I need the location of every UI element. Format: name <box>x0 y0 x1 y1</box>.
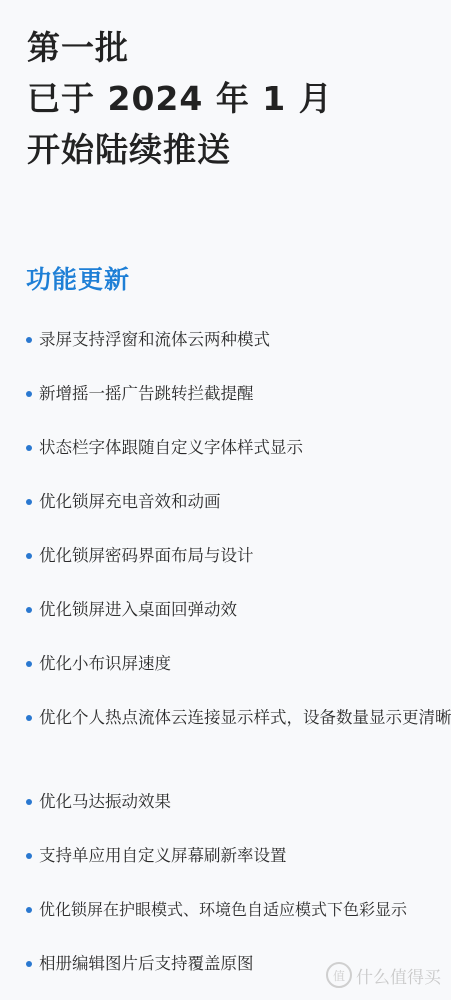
headline-line-3: 开始陆续推送 <box>27 124 333 175</box>
bullet-icon <box>26 799 32 805</box>
section-title: 功能更新 <box>26 260 130 296</box>
list-item: 优化个人热点流体云连接显示样式，设备数量显示更清晰 <box>24 700 451 735</box>
list-item: 优化锁屏进入桌面回弹动效 <box>24 592 451 627</box>
headline: 第一批 已于 2024 年 1 月 开始陆续推送 <box>27 22 333 175</box>
list-item: 状态栏字体跟随自定义字体样式显示 <box>24 430 451 465</box>
bullet-icon <box>26 853 32 859</box>
list-item: 优化锁屏密码界面布局与设计 <box>24 538 451 573</box>
list-item: 支持单应用自定义屏幕刷新率设置 <box>24 838 451 873</box>
list-item: 优化锁屏在护眼模式、环境色自适应模式下色彩显示 <box>24 892 451 927</box>
list-item: 新增摇一摇广告跳转拦截提醒 <box>24 376 451 411</box>
bullet-icon <box>26 553 32 559</box>
bullet-icon <box>26 961 32 967</box>
bullet-icon <box>26 337 32 343</box>
bullet-icon <box>26 499 32 505</box>
bullet-icon <box>26 661 32 667</box>
bullet-icon <box>26 907 32 913</box>
watermark: 值 什么值得买 <box>326 962 441 988</box>
list-item: 录屏支持浮窗和流体云两种模式 <box>24 322 451 357</box>
list-item: 优化小布识屏速度 <box>24 646 451 681</box>
bullet-icon <box>26 715 32 721</box>
headline-line-2: 已于 2024 年 1 月 <box>27 73 333 124</box>
watermark-text: 什么值得买 <box>356 963 441 988</box>
list-item: 优化锁屏充电音效和动画 <box>24 484 451 519</box>
list-item: 优化马达振动效果 <box>24 784 451 819</box>
headline-line-1: 第一批 <box>27 22 333 73</box>
bullet-icon <box>26 445 32 451</box>
bullet-icon <box>26 391 32 397</box>
smzdm-logo-icon: 值 <box>326 962 352 988</box>
bullet-icon <box>26 607 32 613</box>
